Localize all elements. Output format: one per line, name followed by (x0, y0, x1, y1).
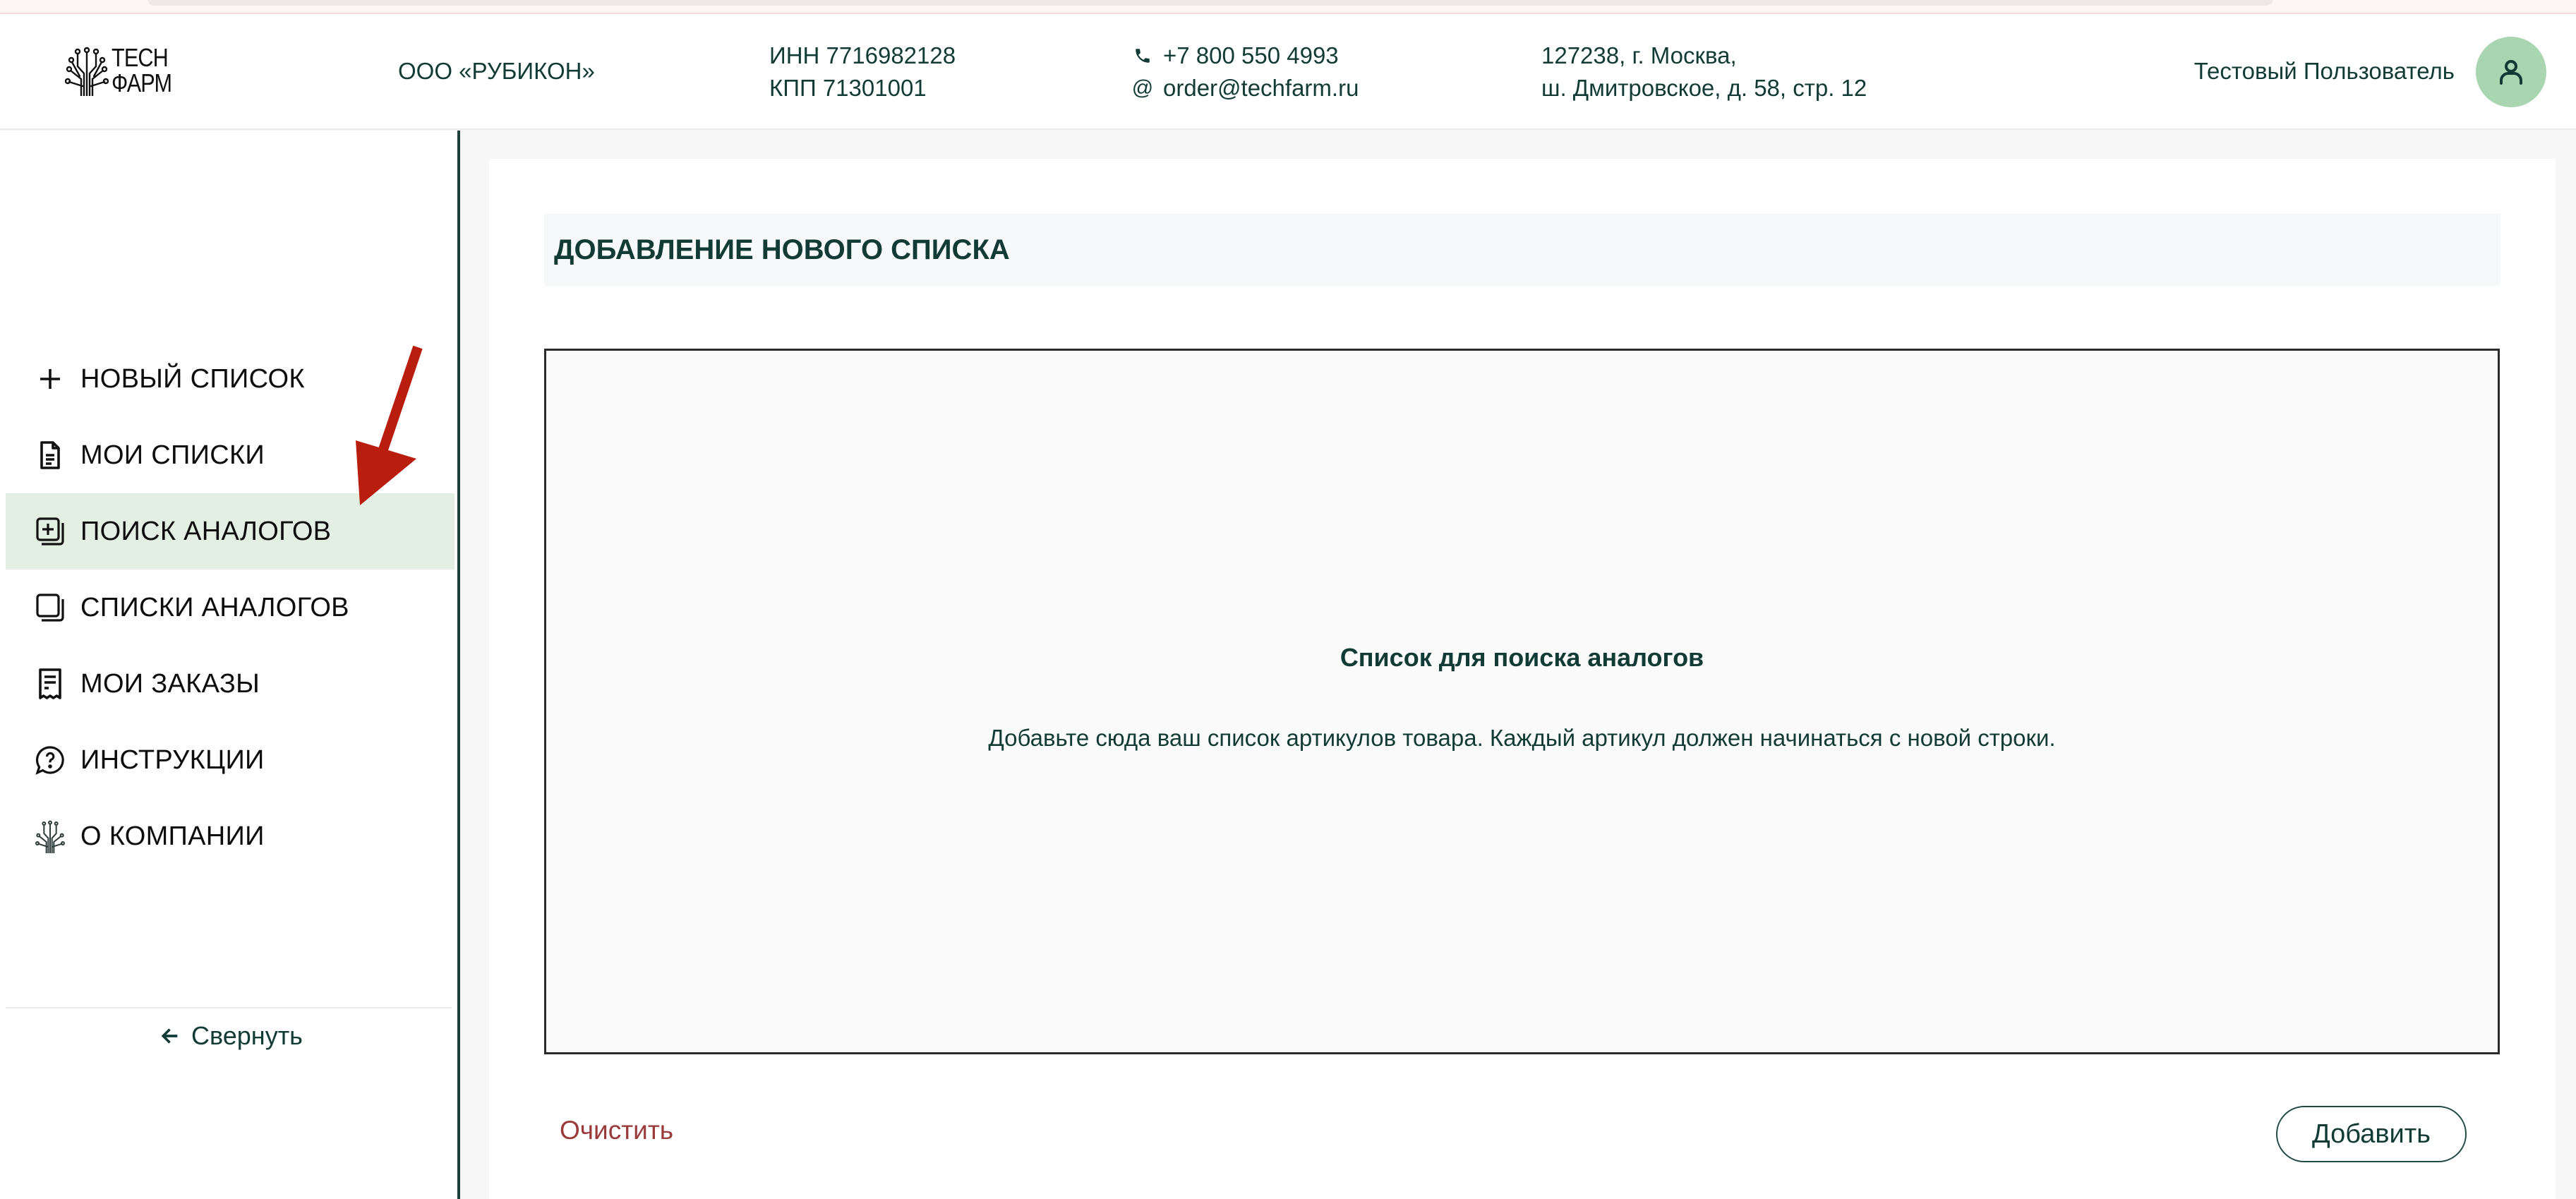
sidebar-item-label: НОВЫЙ СПИСОК (80, 364, 305, 394)
sidebar-item-analog-lists[interactable]: СПИСКИ АНАЛОГОВ (6, 570, 455, 646)
avatar[interactable] (2476, 37, 2546, 107)
logo-line-2: ФАРМ (112, 71, 171, 96)
receipt-icon (30, 663, 71, 704)
plus-icon (30, 359, 71, 399)
sidebar-item-instructions[interactable]: ИНСТРУКЦИИ (6, 722, 455, 798)
sidebar-item-label: ПОИСК АНАЛОГОВ (80, 517, 331, 547)
app-header: TECH ФАРМ ООО «РУБИКОН» ИНН 7716982128 К… (0, 14, 2576, 130)
logo-line-1: TECH (112, 45, 171, 71)
sidebar-item-label: МОИ ЗАКАЗЫ (80, 669, 260, 699)
inn: ИНН 7716982128 (769, 40, 956, 72)
right-gutter (2556, 131, 2576, 1199)
sidebar-item-new-list[interactable]: НОВЫЙ СПИСОК (6, 341, 455, 417)
question-bubble-icon (30, 740, 71, 781)
page-title: ДОБАВЛЕНИЕ НОВОГО СПИСКА (544, 214, 2500, 286)
sidebar-item-label: МОИ СПИСКИ (80, 440, 265, 471)
browser-top-band (0, 0, 2576, 14)
address: 127238, г. Москва, ш. Дмитровское, д. 58… (1541, 40, 1867, 104)
add-button[interactable]: Добавить (2276, 1106, 2467, 1162)
logo[interactable]: TECH ФАРМ (65, 45, 182, 96)
clear-button[interactable]: Очистить (560, 1116, 673, 1145)
sidebar: НОВЫЙ СПИСОК МОИ СПИСКИ ПОИСК АНАЛОГОВ С… (0, 131, 460, 1199)
stacked-plus-icon (30, 511, 71, 552)
sidebar-item-my-lists[interactable]: МОИ СПИСКИ (6, 417, 455, 493)
sidebar-item-my-orders[interactable]: МОИ ЗАКАЗЫ (6, 646, 455, 722)
sidebar-divider (6, 1007, 452, 1008)
arrow-left-icon (157, 1024, 181, 1048)
kpp: КПП 71301001 (769, 72, 956, 104)
stacked-squares-icon (30, 587, 71, 628)
collapse-label: Свернуть (191, 1021, 303, 1051)
address-line-2: ш. Дмитровское, д. 58, стр. 12 (1541, 72, 1867, 104)
company-name: ООО «РУБИКОН» (398, 55, 595, 88)
sidebar-item-about-company[interactable]: О КОМПАНИИ (6, 798, 455, 874)
email-link[interactable]: order@techfarm.ru (1163, 72, 1359, 104)
user-name[interactable]: Тестовый Пользователь (2194, 55, 2455, 88)
collapse-button[interactable]: Свернуть (0, 1021, 460, 1051)
sidebar-item-label: СПИСКИ АНАЛОГОВ (80, 593, 349, 623)
sidebar-item-label: ИНСТРУКЦИИ (80, 745, 265, 776)
user-icon (2494, 55, 2528, 89)
phone-number[interactable]: +7 800 550 4993 (1163, 40, 1339, 72)
contacts: +7 800 550 4993 @ order@techfarm.ru (1132, 40, 1359, 104)
phone-icon (1132, 47, 1153, 65)
at-icon: @ (1132, 72, 1153, 104)
sidebar-item-label: О КОМПАНИИ (80, 821, 265, 852)
article-list-input[interactable] (546, 351, 2498, 1052)
browser-tab-strip (148, 0, 2273, 6)
company-requisites: ИНН 7716982128 КПП 71301001 (769, 40, 956, 104)
logo-text: TECH ФАРМ (112, 45, 171, 96)
article-list-textarea[interactable]: Список для поиска аналогов Добавьте сюда… (544, 349, 2500, 1054)
main-content: ДОБАВЛЕНИЕ НОВОГО СПИСКА Список для поис… (489, 159, 2556, 1199)
document-icon (30, 435, 71, 476)
sidebar-item-analog-search[interactable]: ПОИСК АНАЛОГОВ (6, 493, 455, 570)
address-line-1: 127238, г. Москва, (1541, 40, 1867, 72)
sidebar-nav: НОВЫЙ СПИСОК МОИ СПИСКИ ПОИСК АНАЛОГОВ С… (6, 341, 455, 874)
tree-circuit-icon (30, 816, 71, 857)
tree-circuit-logo-icon (65, 45, 109, 96)
